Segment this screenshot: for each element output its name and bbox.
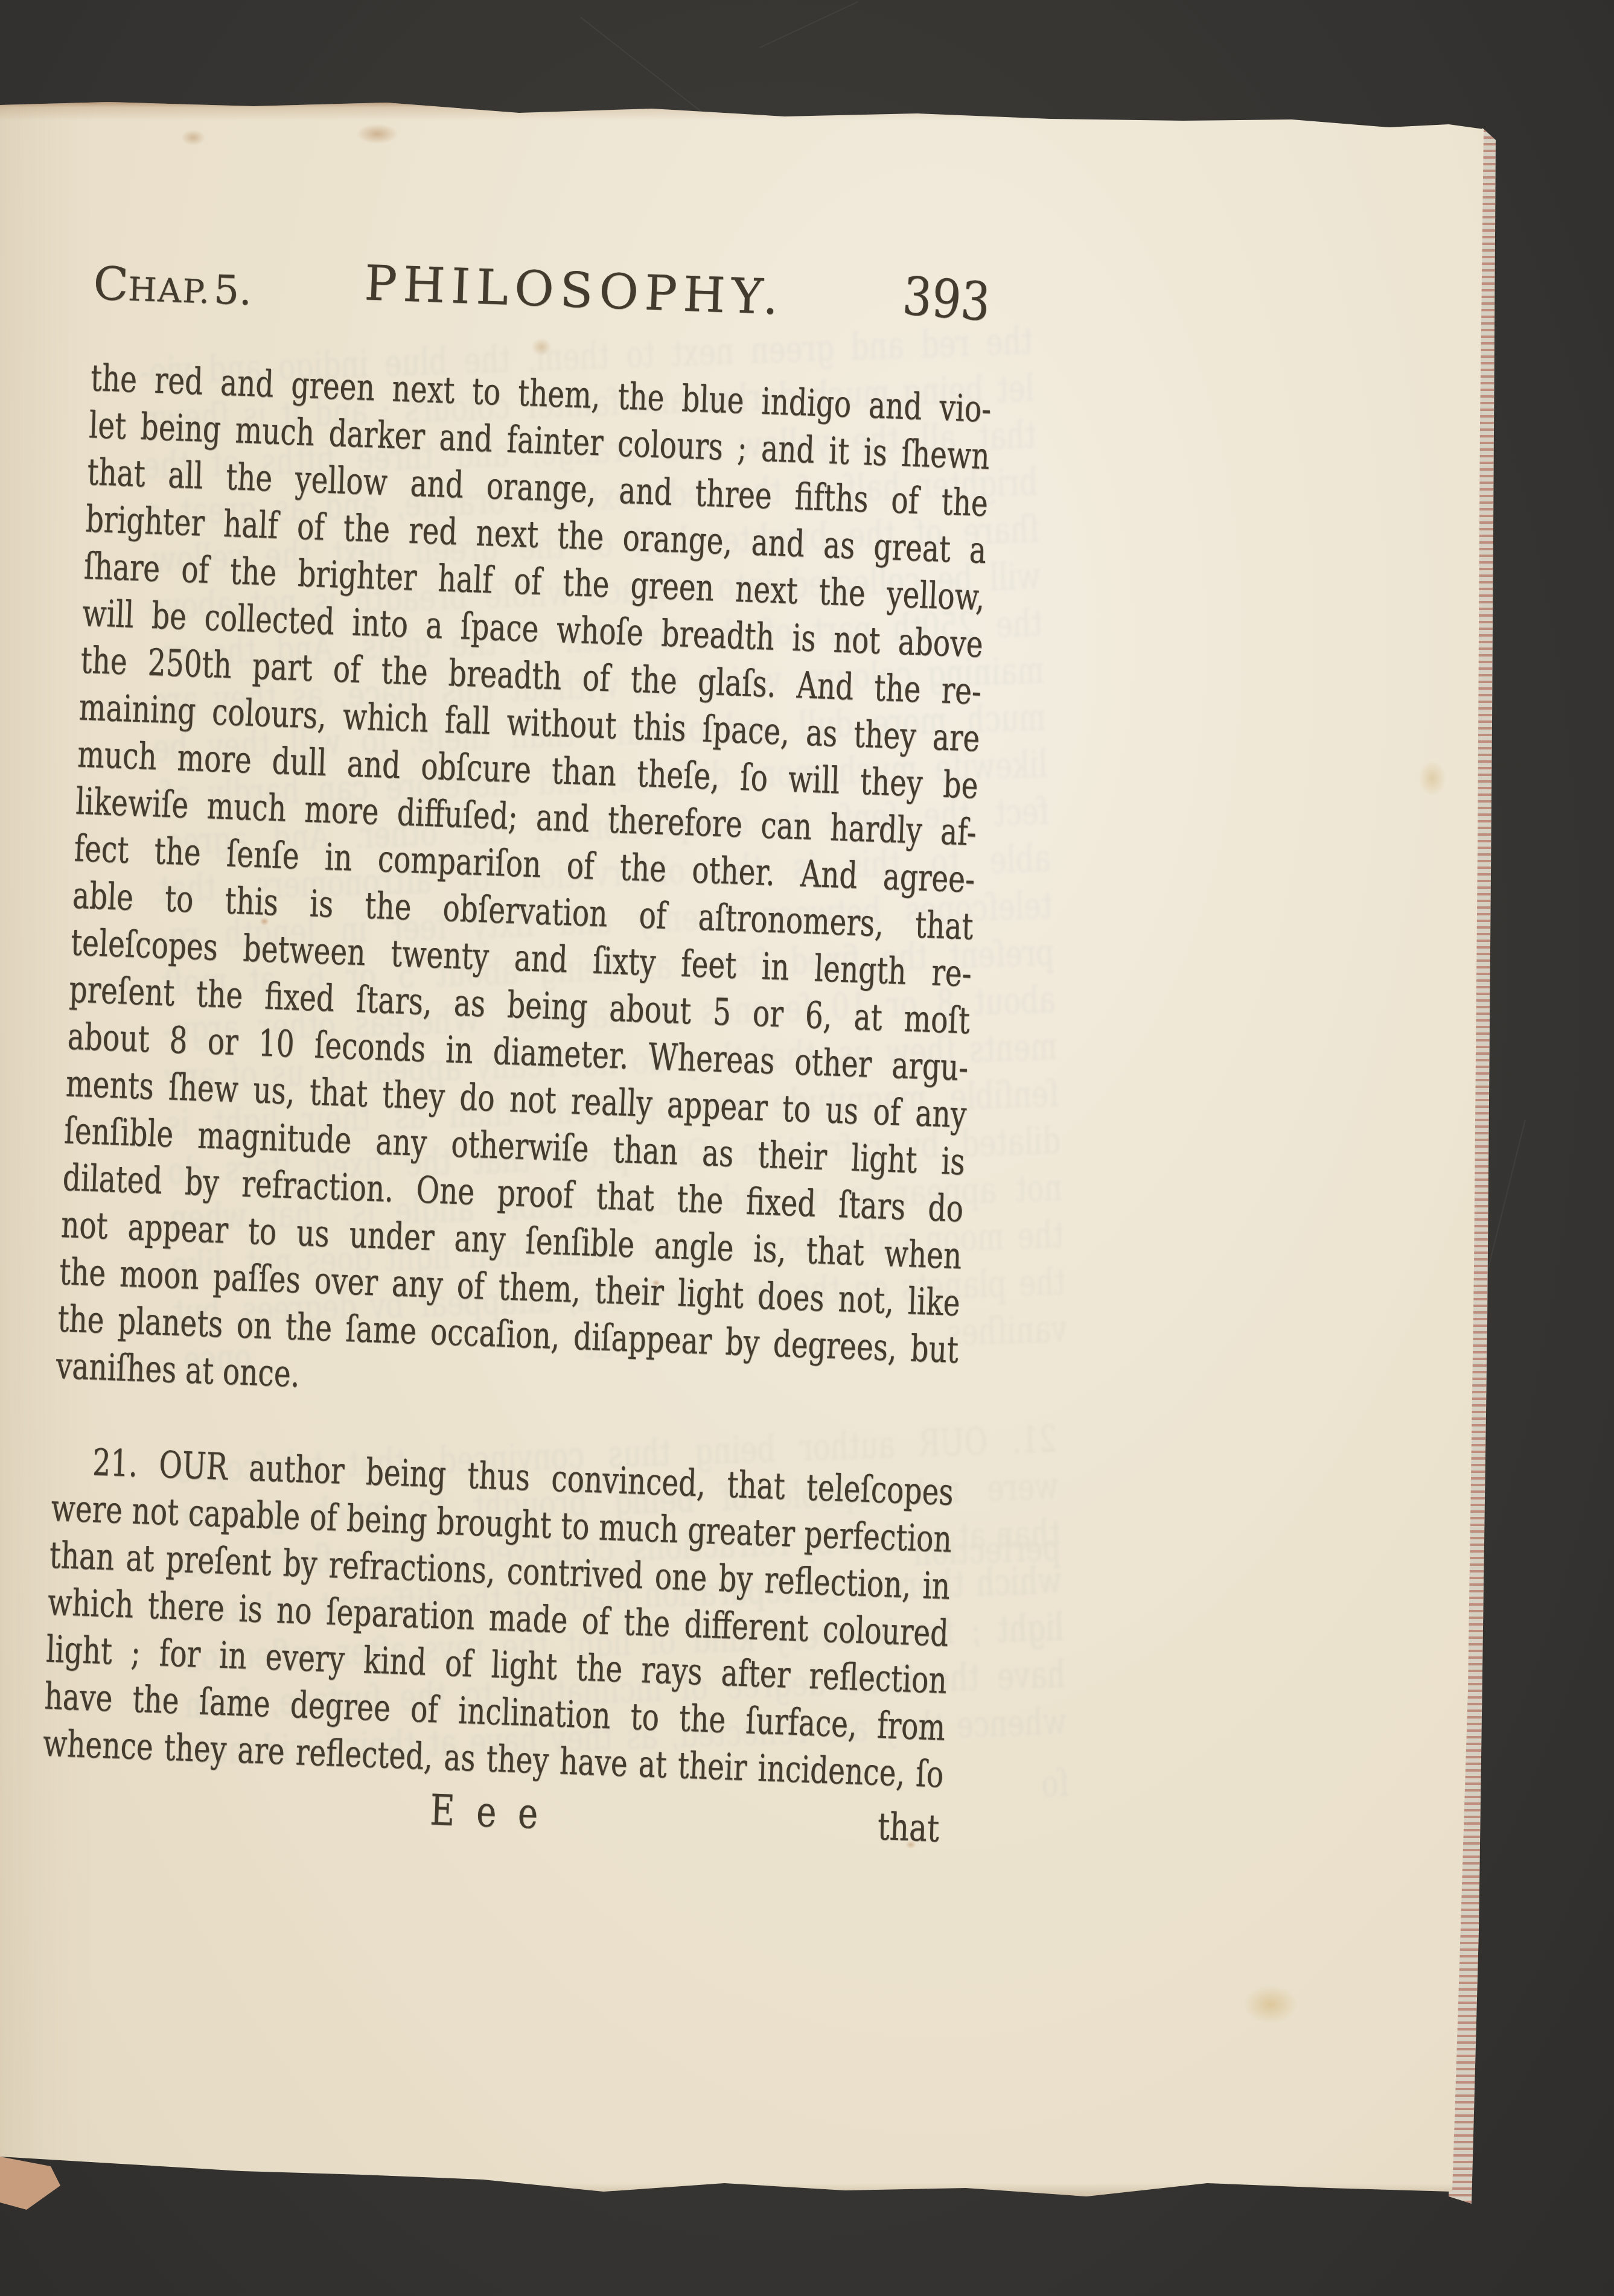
signature-mark: E e e (429, 1781, 544, 1844)
paper-stain (1243, 1985, 1298, 2024)
body-text: the red and green next to them, the blue… (12, 358, 995, 1866)
paragraph-2: 21. OUR author being thus convinced, tha… (42, 1442, 954, 1803)
chapter-number: 5. (213, 267, 253, 314)
chapter-label: CHAP. 5. (92, 261, 252, 312)
toned-top-edge (0, 100, 1491, 136)
scanned-book-photo: the red and green next to them, the blue… (0, 0, 1614, 2296)
backing-scratch (759, 1, 858, 48)
text-block: CHAP. 5. PHILOSOPHY. 393 the red and gre… (12, 241, 1000, 1866)
paragraph-1: the red and green next to them, the blue… (55, 359, 992, 1425)
chapter-initial: C (92, 256, 129, 311)
toned-bottom-edge (0, 2153, 1473, 2201)
book-page: the red and green next to them, the blue… (0, 0, 1614, 2296)
paper-stain (1418, 760, 1446, 797)
paper-stain (356, 124, 398, 144)
paper-stain (181, 130, 205, 145)
catchword: that (876, 1797, 940, 1858)
page-number: 393 (900, 262, 993, 337)
